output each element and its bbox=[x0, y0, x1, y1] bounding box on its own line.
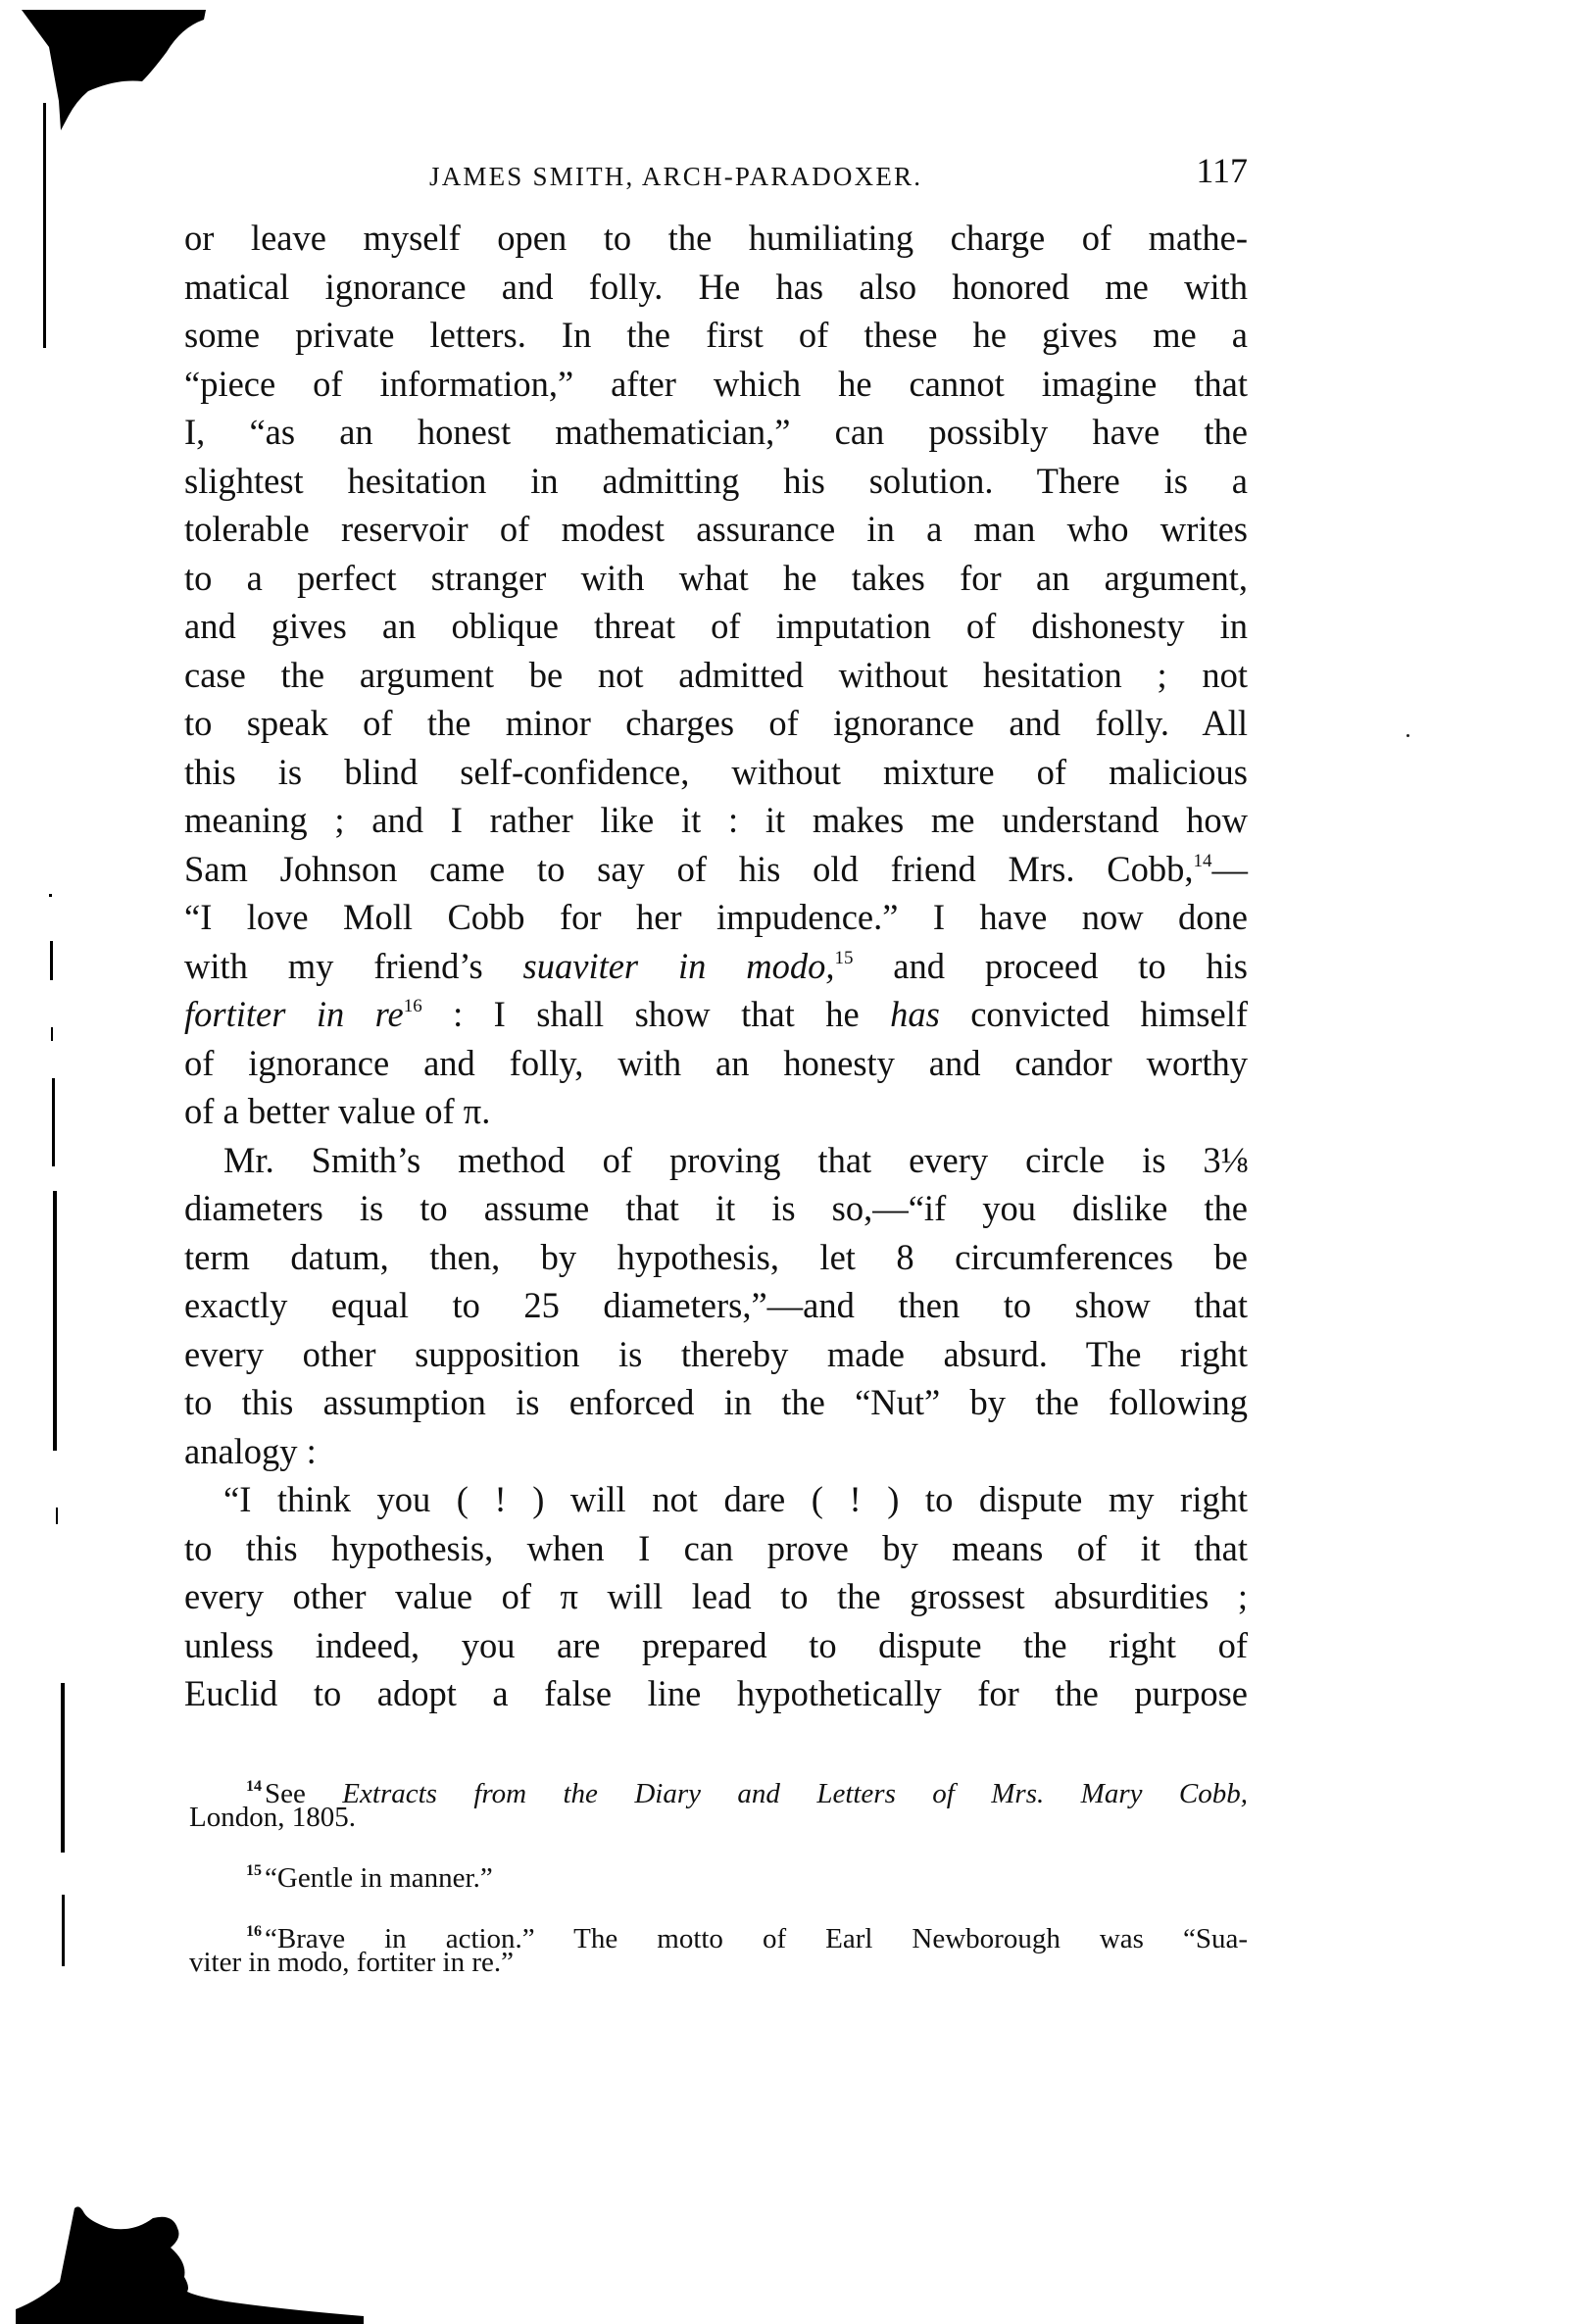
text-line: to this hypothesis, when I can prove by … bbox=[184, 1524, 1248, 1573]
text-line: I, “as an honest mathematician,” can pos… bbox=[184, 408, 1248, 457]
text-line: case the argument be not admitted withou… bbox=[184, 651, 1248, 700]
text-line: every other supposition is thereby made … bbox=[184, 1330, 1248, 1379]
footnote-ref-15[interactable]: 15 bbox=[834, 948, 853, 968]
quote-first-line: “I think you ( ! ) will not dare ( ! ) t… bbox=[184, 1475, 1248, 1524]
text-line: or leave myself open to the humiliating … bbox=[184, 214, 1248, 263]
text-line: “piece of information,” after which he c… bbox=[184, 360, 1248, 409]
paragraph-first-line: Mr. Smith’s method of proving that every… bbox=[184, 1136, 1248, 1185]
italic-title: Extracts from the Diary and Letters of M… bbox=[342, 1778, 1248, 1809]
bottom-left-scan-blot bbox=[16, 2203, 369, 2324]
text-line: every other value of π will lead to the … bbox=[184, 1572, 1248, 1621]
left-margin-mark bbox=[52, 1078, 55, 1166]
text-line: term datum, then, by hypothesis, let 8 c… bbox=[184, 1233, 1248, 1282]
text-line: some private letters. In the first of th… bbox=[184, 311, 1248, 360]
top-left-scan-blot bbox=[20, 8, 216, 135]
left-margin-mark bbox=[53, 1191, 57, 1451]
book-page: JAMES SMITH, ARCH-PARADOXER. 117 or leav… bbox=[0, 0, 1579, 2324]
text-line: exactly equal to 25 diameters,”—and then… bbox=[184, 1281, 1248, 1330]
text-line: unless indeed, you are prepared to dispu… bbox=[184, 1621, 1248, 1670]
page-number: 117 bbox=[1196, 153, 1248, 188]
footnote-ref-16[interactable]: 16 bbox=[404, 996, 422, 1016]
left-margin-mark bbox=[56, 1508, 58, 1524]
text-line: this is blind self-confidence, without m… bbox=[184, 748, 1248, 797]
footnote-mark: 14 bbox=[246, 1778, 262, 1795]
text-line: fortiter in re16 : I shall show that he … bbox=[184, 990, 1248, 1039]
left-margin-mark bbox=[50, 941, 53, 980]
body-text: or leave myself open to the humiliating … bbox=[184, 214, 1248, 1718]
footnote-14: 14See Extracts from the Diary and Letter… bbox=[189, 1782, 1248, 1829]
text-line: of ignorance and folly, with an honesty … bbox=[184, 1039, 1248, 1088]
left-margin-mark bbox=[51, 1027, 53, 1041]
text-line: to speak of the minor charges of ignoran… bbox=[184, 699, 1248, 748]
text-line: slightest hesitation in admitting his so… bbox=[184, 457, 1248, 506]
text-line: to a perfect stranger with what he takes… bbox=[184, 554, 1248, 603]
italic-phrase: suaviter in modo, bbox=[523, 946, 835, 986]
text-line: with my friend’s suaviter in modo,15 and… bbox=[184, 942, 1248, 991]
footnote-mark: 15 bbox=[246, 1862, 262, 1879]
footnote-mark: 16 bbox=[246, 1923, 262, 1940]
text-line: analogy : bbox=[184, 1427, 1248, 1476]
text-line: matical ignorance and folly. He has also… bbox=[184, 263, 1248, 312]
text-line: Sam Johnson came to say of his old frien… bbox=[184, 845, 1248, 894]
text-line: of a better value of π. bbox=[184, 1087, 1248, 1136]
footnote-ref-14[interactable]: 14 bbox=[1194, 851, 1212, 871]
left-margin-line bbox=[43, 103, 46, 348]
running-title: JAMES SMITH, ARCH-PARADOXER. bbox=[429, 164, 922, 190]
footnote-16: 16“Brave in action.” The motto of Earl N… bbox=[189, 1927, 1248, 1974]
text-line: “I love Moll Cobb for her impudence.” I … bbox=[184, 893, 1248, 942]
text-line: meaning ; and I rather like it : it make… bbox=[184, 796, 1248, 845]
footnote-15: 15“Gentle in manner.” bbox=[189, 1866, 1248, 1890]
text-line: and gives an oblique threat of imputatio… bbox=[184, 602, 1248, 651]
left-margin-mark bbox=[61, 1683, 65, 1853]
italic-word: has bbox=[890, 994, 940, 1034]
text-line: diameters is to assume that it is so,—“i… bbox=[184, 1184, 1248, 1233]
left-margin-mark bbox=[49, 894, 52, 897]
italic-phrase: fortiter in re bbox=[184, 994, 404, 1034]
footnotes: 14See Extracts from the Diary and Letter… bbox=[189, 1782, 1248, 2011]
text-line: to this assumption is enforced in the “N… bbox=[184, 1378, 1248, 1427]
text-line: tolerable reservoir of modest assurance … bbox=[184, 505, 1248, 554]
left-margin-mark bbox=[62, 1895, 65, 1966]
text-line: Euclid to adopt a false line hypothetica… bbox=[184, 1669, 1248, 1718]
stray-dot bbox=[1406, 734, 1409, 737]
running-head: JAMES SMITH, ARCH-PARADOXER. 117 bbox=[429, 147, 1248, 190]
